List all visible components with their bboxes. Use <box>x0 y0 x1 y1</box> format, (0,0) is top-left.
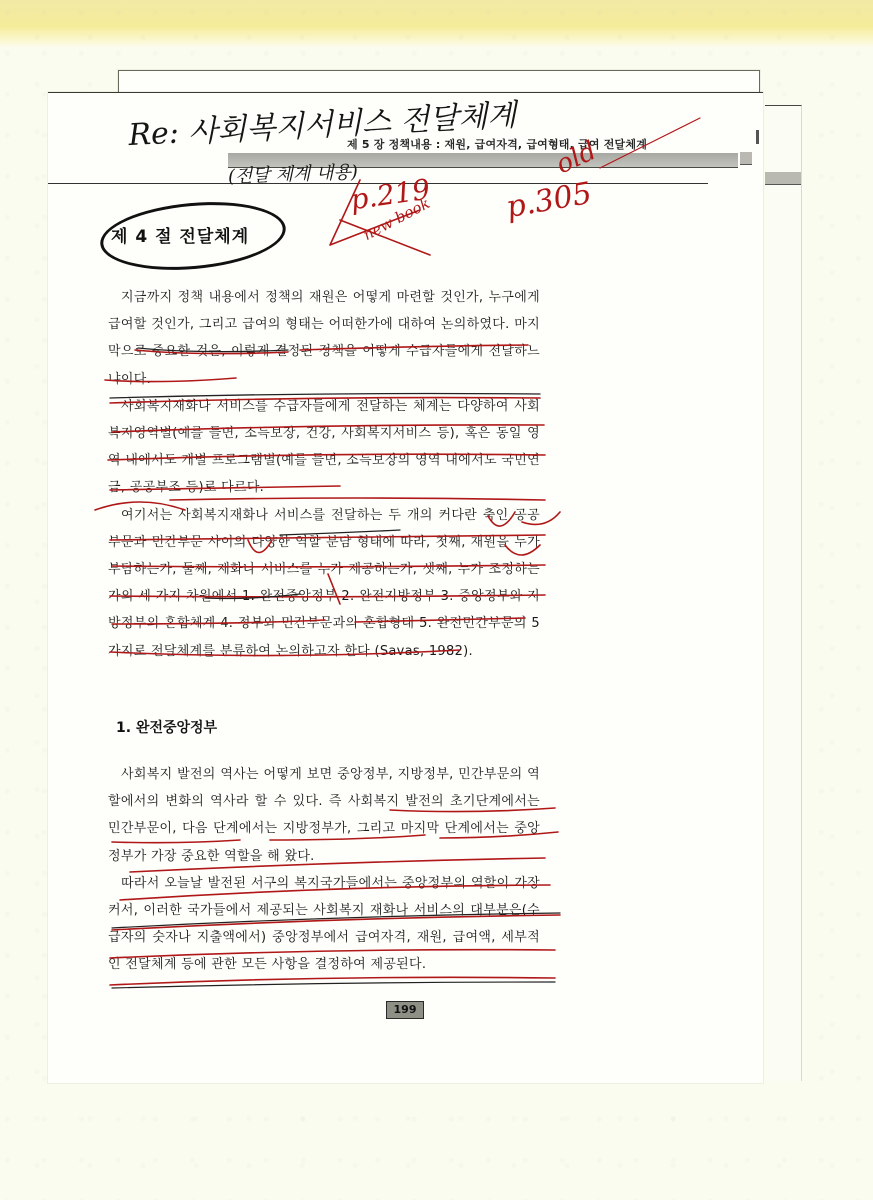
handwritten-subtitle-note: (전달 체계 내용) <box>228 158 359 189</box>
back-page-1-edge <box>765 105 802 1081</box>
page-number: 199 <box>386 1001 424 1019</box>
section-body: 지금까지 정책 내용에서 정책의 재원은 어떻게 마련할 것인가, 누구에게 급… <box>108 284 540 665</box>
subsection-title: 1. 완전중앙정부 <box>116 717 217 737</box>
paragraph: 사회복지 발전의 역사는 어떻게 보면 중앙정부, 지방정부, 민간부문의 역할… <box>108 761 540 870</box>
paragraph: 사회복지재화나 서비스를 수급자들에게 전달하는 체계는 다양하여 사회복지영역… <box>108 393 540 502</box>
scanner-edge <box>0 0 873 48</box>
subsection-body: 사회복지 발전의 역사는 어떻게 보면 중앙정부, 지방정부, 민간부문의 역할… <box>108 761 540 979</box>
paragraph: 지금까지 정책 내용에서 정책의 재원은 어떻게 마련할 것인가, 누구에게 급… <box>108 284 540 393</box>
back-page-header-bar-mid <box>740 152 752 165</box>
paragraph: 여기서는 사회복지재화나 서비스를 전달하는 두 개의 커다란 축인 공공부문과… <box>108 502 540 665</box>
back-page-header-bar <box>765 172 801 185</box>
paragraph: 따라서 오늘날 발전된 서구의 복지국가들에서는 중앙정부의 역할이 가장 커서… <box>108 870 540 979</box>
section-title: 제 4 절 전달체계 <box>111 222 249 247</box>
page-edge-mark <box>756 130 759 144</box>
